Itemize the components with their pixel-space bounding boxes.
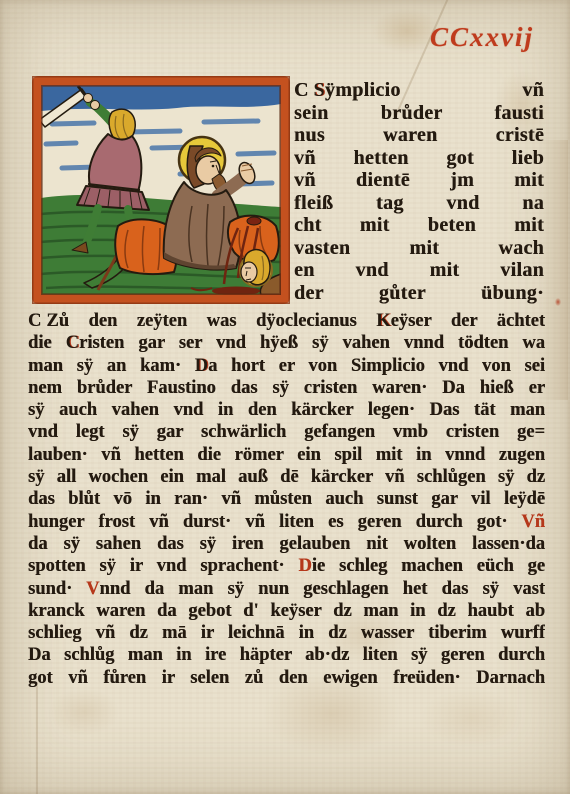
text-segment: das blůt vō in ran· vñ můsten auch sunst… <box>28 489 545 509</box>
text-segment: V <box>86 579 99 599</box>
text-line: sund· Vnnd da man sÿ nun geschlagen het … <box>28 578 545 600</box>
text-segment: hunger frost vñ durst· vñ liten es geren… <box>28 512 521 532</box>
text-line: CZů den zeÿten was dÿoclecianus Keÿser d… <box>28 310 545 332</box>
text-segment: eÿser der ächtet <box>391 311 545 331</box>
text-segment: ÿmplicio vñ <box>325 79 544 101</box>
side-text-column: CSÿmplicio vñsein brůder faustinus waren… <box>294 79 544 304</box>
text-line: schlieg vñ dz mā ir leichnā in dz wasser… <box>28 622 545 644</box>
text-segment: die <box>28 333 66 353</box>
text-line: sein brůder fausti <box>294 102 544 125</box>
text-segment: vñ hetten got lieb <box>294 147 544 169</box>
text-line: vasten mit wach <box>294 237 544 260</box>
text-segment: nus waren cristē <box>294 124 544 146</box>
text-line: lauben· vñ hetten die römer ein spil mit… <box>28 444 545 466</box>
text-line: vnd legt sÿ gar schwärlich gefangen vmb … <box>28 421 545 443</box>
text-line: der gůter übung· <box>294 282 544 305</box>
text-segment: fleiß tag vnd na <box>294 192 544 214</box>
text-segment: sein brůder fausti <box>294 102 544 124</box>
text-segment: risten gar ser vnd hÿeß sÿ vahen vnnd tö… <box>79 333 545 353</box>
text-segment: Vñ <box>521 512 545 532</box>
parchment-crease <box>36 682 38 794</box>
text-segment: sÿ all wochen ein mal auß dē kärcker vñ … <box>28 467 545 487</box>
text-segment: vñ dientē jm mit <box>294 169 544 191</box>
text-line: vñ dientē jm mit <box>294 169 544 192</box>
text-line: sÿ auch vahen vnd in den kärcker legen· … <box>28 399 545 421</box>
woodcut-illustration: Hand-coloured woodcut: an executioner wi… <box>32 76 290 304</box>
text-line: vñ hetten got lieb <box>294 147 544 170</box>
text-line: cht mit beten mit <box>294 214 544 237</box>
text-line: spotten sÿ ir vnd sprachent· Die schleg … <box>28 555 545 577</box>
paragraph-mark: C <box>28 311 41 331</box>
text-line: hunger frost vñ durst· vñ liten es geren… <box>28 511 545 533</box>
text-segment: sÿ auch vahen vnd in den kärcker legen· … <box>28 400 545 420</box>
text-segment: sund· <box>28 579 86 599</box>
text-segment: man sÿ an kam· <box>28 356 195 376</box>
text-segment: ie schleg machen eüch ge <box>312 556 545 576</box>
text-line: man sÿ an kam· Da hort er von Simplicio … <box>28 355 545 377</box>
text-line: die Cristen gar ser vnd hÿeß sÿ vahen vn… <box>28 332 545 354</box>
parchment-stain <box>420 688 524 748</box>
text-segment: K <box>376 311 390 331</box>
text-segment: en vnd mit vilan <box>294 259 544 281</box>
text-segment: nem brůder Faustino das sÿ cristen waren… <box>28 378 545 398</box>
folio-number: CCxxvij <box>430 22 534 53</box>
main-text-block: CZů den zeÿten was dÿoclecianus Keÿser d… <box>28 310 545 689</box>
text-line: das blůt vō in ran· vñ můsten auch sunst… <box>28 488 545 510</box>
text-segment: D <box>195 356 208 376</box>
text-line: kranck waren da gebot d' keÿser dz man i… <box>28 600 545 622</box>
text-line: nem brůder Faustino das sÿ cristen waren… <box>28 377 545 399</box>
parchment-stain <box>48 688 120 736</box>
text-line: da sÿ sahen das sÿ iren gelauben nit wol… <box>28 533 545 555</box>
text-segment: Zů den zeÿten was dÿoclecianus <box>46 311 376 331</box>
paragraph-mark: C <box>294 79 308 101</box>
text-segment: der gůter übung· <box>294 282 544 304</box>
text-segment: D <box>298 556 311 576</box>
text-line: got vñ fůren ir selen zů den ewigen freü… <box>28 667 545 689</box>
text-segment: Da schlůg man in ire häpter ab·dz liten … <box>28 645 545 665</box>
text-segment: schlieg vñ dz mā ir leichnā in dz wasser… <box>28 623 545 643</box>
text-line: Da schlůg man in ire häpter ab·dz liten … <box>28 644 545 666</box>
text-line: sÿ all wochen ein mal auß dē kärcker vñ … <box>28 466 545 488</box>
text-segment: kranck waren da gebot d' keÿser dz man i… <box>28 601 545 621</box>
neck-stump <box>247 217 261 225</box>
text-segment: cht mit beten mit <box>294 214 544 236</box>
text-segment: vnd legt sÿ gar schwärlich gefangen vmb … <box>28 422 545 442</box>
text-segment: got vñ fůren ir selen zů den ewigen freü… <box>28 668 545 688</box>
text-segment: nnd da man sÿ nun geschlagen het das sÿ … <box>99 579 545 599</box>
text-segment: C <box>66 333 79 353</box>
manuscript-page: CCxxvij Hand-coloured woodcut: an execut… <box>0 0 570 794</box>
text-line: fleiß tag vnd na <box>294 192 544 215</box>
text-segment: a hort er von Simplicio vnd von sei <box>208 356 545 376</box>
text-line: nus waren cristē <box>294 124 544 147</box>
text-segment: lauben· vñ hetten die römer ein spil mit… <box>28 445 545 465</box>
text-segment: vasten mit wach <box>294 237 544 259</box>
text-segment: S <box>313 79 324 101</box>
text-segment: da sÿ sahen das sÿ iren gelauben nit wol… <box>28 534 545 554</box>
text-segment: spotten sÿ ir vnd sprachent· <box>28 556 298 576</box>
red-ink-fleck <box>555 298 561 306</box>
text-line: CSÿmplicio vñ <box>294 79 544 102</box>
text-line: en vnd mit vilan <box>294 259 544 282</box>
